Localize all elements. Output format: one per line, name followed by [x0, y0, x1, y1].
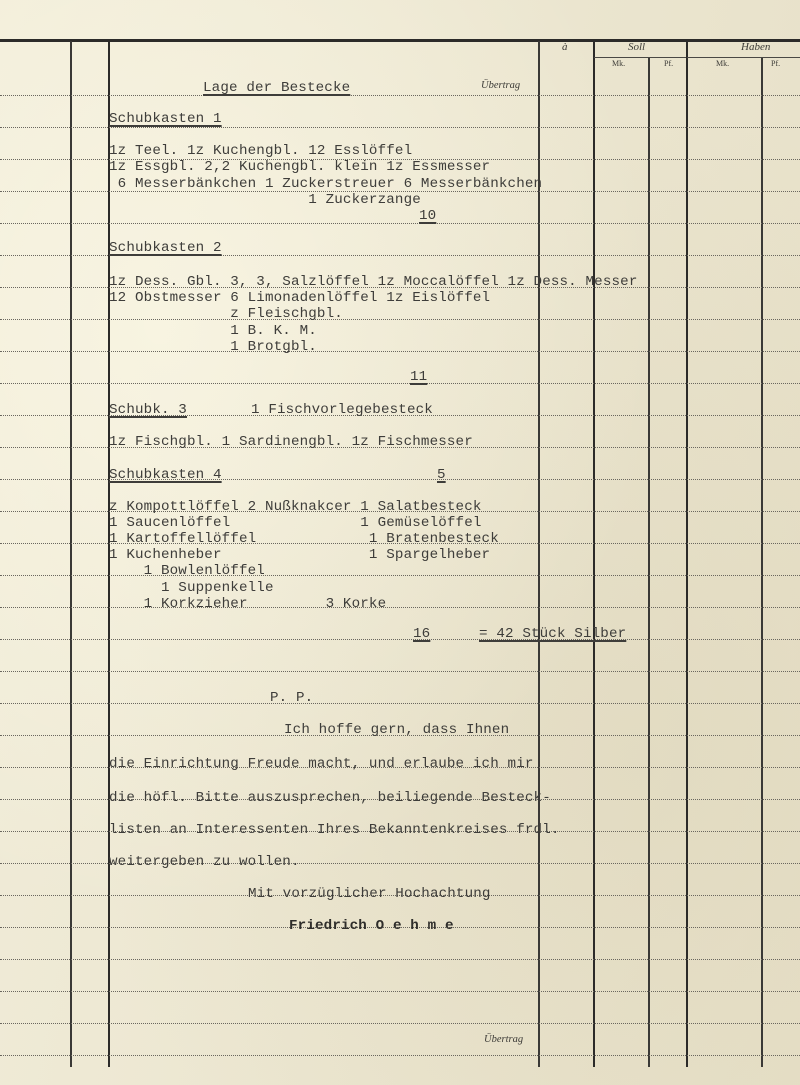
uebertrag-top: Übertrag: [481, 80, 520, 91]
drawer-2-line: 1 B. K. M.: [109, 323, 317, 339]
uebertrag-bottom: Übertrag: [484, 1034, 523, 1045]
drawer-1-line: 1 Zuckerzange: [109, 192, 421, 208]
document-title: Lage der Bestecke: [203, 80, 350, 96]
drawer-1-line: 6 Messerbänkchen 1 Zuckerstreuer 6 Messe…: [109, 176, 542, 192]
drawer-1-line: 1z Essgbl. 2,2 Kuchengbl. klein 1z Essme…: [109, 159, 490, 175]
haben-mk-header: Mk.: [716, 59, 729, 68]
drawer-3-line: 1z Fischgbl. 1 Sardinengbl. 1z Fischmess…: [109, 434, 473, 450]
soll-header: Soll: [628, 41, 645, 53]
ruled-line: [0, 127, 800, 128]
drawer-1-line: 1z Teel. 1z Kuchengbl. 12 Esslöffel: [109, 143, 412, 159]
column-line-haben-left: [686, 41, 688, 1067]
column-line-soll-left: [593, 41, 595, 1067]
drawer-1-count: 10: [419, 208, 436, 224]
ruled-line: [0, 383, 800, 384]
ruled-line: [0, 639, 800, 640]
drawer-4-line: 1 Kartoffellöffel 1 Bratenbesteck: [109, 531, 499, 547]
drawer-4-line: 1 Kuchenheber 1 Spargelheber: [109, 547, 490, 563]
drawer-4-heading: Schubkasten 4: [109, 467, 222, 483]
drawer-2-heading: Schubkasten 2: [109, 240, 222, 256]
column-line-margin: [70, 41, 72, 1067]
ruled-line: [0, 959, 800, 960]
letter-body-line: die höfl. Bitte auszusprechen, beiliegen…: [109, 790, 551, 806]
drawer-3-heading: Schubk. 3: [109, 402, 187, 418]
ruled-line: [0, 1023, 800, 1024]
soll-subheader-rule: [594, 57, 686, 58]
drawer-4-line: 1 Korkzieher 3 Korke: [109, 596, 386, 612]
letter-body-line: Ich hoffe gern, dass Ihnen: [284, 722, 509, 738]
ruled-line: [0, 671, 800, 672]
drawer-3-heading-item: 1 Fischvorlegebesteck: [251, 402, 433, 418]
drawer-4-line: 1 Suppenkelle: [109, 580, 274, 596]
drawer-4-line: z Kompottlöffel 2 Nußknakcer 1 Salatbest…: [109, 499, 482, 515]
ruled-line: [0, 95, 800, 96]
letter-salutation: P. P.: [270, 690, 313, 706]
a-column-header: à: [562, 41, 568, 53]
ruled-line: [0, 703, 800, 704]
letter-signature: Friedrich O e h m e: [289, 918, 454, 934]
drawer-2-line: 12 Obstmesser 6 Limonadenlöffel 1z Eislö…: [109, 290, 490, 306]
haben-header: Haben: [741, 41, 770, 53]
letter-body-line: weitergeben zu wollen.: [109, 854, 300, 870]
drawer-4-line: 1 Bowlenlöffel: [109, 563, 265, 579]
ledger-top-rule: [0, 39, 800, 42]
column-line-soll-pf: [648, 58, 650, 1067]
column-line-a: [538, 41, 540, 1067]
letter-body-line: listen an Interessenten Ihres Bekanntenk…: [109, 822, 560, 838]
ruled-line: [0, 1055, 800, 1056]
drawer-2-line: z Fleischgbl.: [109, 306, 343, 322]
drawer-2-line: 1z Dess. Gbl. 3, 3, Salzlöffel 1z Moccal…: [109, 274, 638, 290]
total-text: = 42 Stück Silber: [479, 626, 626, 642]
ruled-line: [0, 223, 800, 224]
ruled-line: [0, 991, 800, 992]
drawer-2-line: 1 Brotgbl.: [109, 339, 317, 355]
drawer-4-line: 1 Saucenlöffel 1 Gemüselöffel: [109, 515, 482, 531]
haben-subheader-rule: [687, 57, 800, 58]
letter-body-line: die Einrichtung Freude macht, und erlaub…: [109, 756, 534, 772]
column-line-haben-pf: [761, 58, 763, 1067]
total-count: 16: [413, 626, 430, 642]
drawer-2-count: 11: [410, 369, 427, 385]
letter-closing: Mit vorzüglicher Hochachtung: [248, 886, 491, 902]
haben-pf-header: Pf.: [771, 59, 780, 68]
drawer-1-heading: Schubkasten 1: [109, 111, 222, 127]
soll-pf-header: Pf.: [664, 59, 673, 68]
drawer-4-count: 5: [437, 467, 446, 483]
soll-mk-header: Mk.: [612, 59, 625, 68]
